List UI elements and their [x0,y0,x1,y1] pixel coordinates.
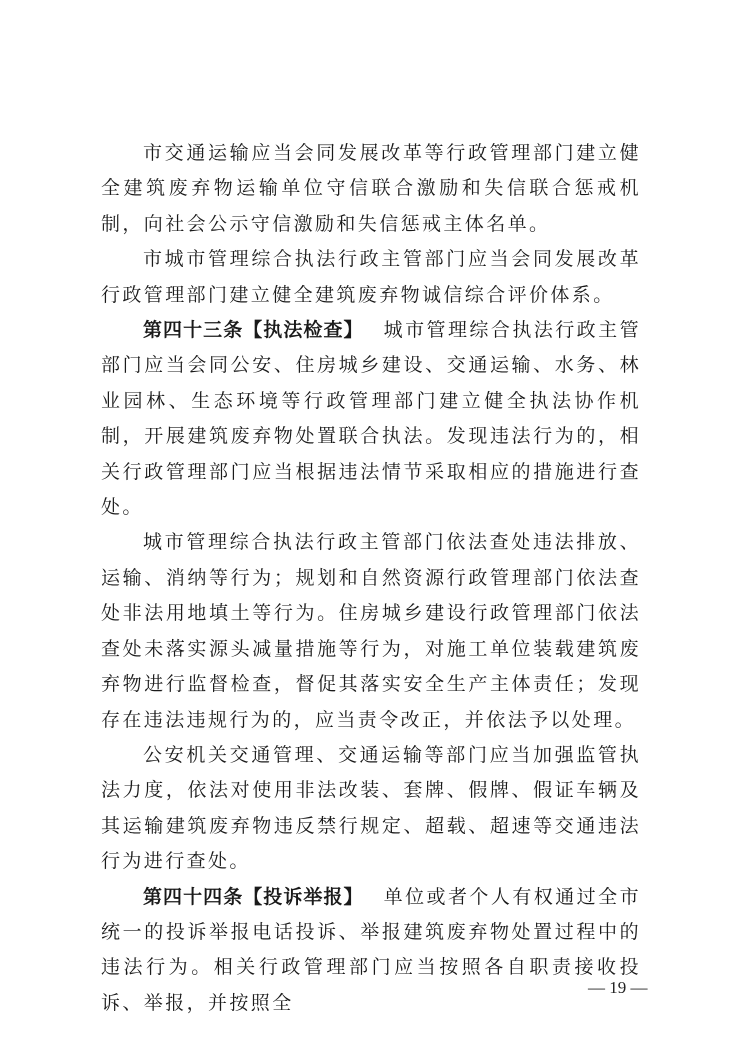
article-heading: 第四十三条【执法检查】 [143,319,364,341]
article-43: 第四十三条【执法检查】城市管理综合执法行政主管部门应当会同公安、住房城乡建设、交… [101,313,641,525]
paragraph-text: 市城市管理综合执法行政主管部门应当会同发展改革行政管理部门建立健全建筑废弃物诚信… [101,248,641,305]
paragraph-1: 市交通运输应当会同发展改革等行政管理部门建立健全建筑废弃物运输单位守信联合激励和… [101,136,641,242]
paragraph-5: 公安机关交通管理、交通运输等部门应当加强监管执法力度，依法对使用非法改装、套牌、… [101,738,641,880]
paragraph-text: 公安机关交通管理、交通运输等部门应当加强监管执法力度，依法对使用非法改装、套牌、… [101,744,641,872]
paragraph-text: 市交通运输应当会同发展改革等行政管理部门建立健全建筑废弃物运输单位守信联合激励和… [101,142,641,235]
article-heading: 第四十四条【投诉举报】 [143,886,364,908]
paragraph-4: 城市管理综合执法行政主管部门依法查处违法排放、运输、消纳等行为；规划和自然资源行… [101,525,641,737]
article-44: 第四十四条【投诉举报】单位或者个人有权通过全市统一的投诉举报电话投诉、举报建筑废… [101,880,641,1022]
document-body: 市交通运输应当会同发展改革等行政管理部门建立健全建筑废弃物运输单位守信联合激励和… [101,136,641,1021]
paragraph-text: 城市管理综合执法行政主管部门依法查处违法排放、运输、消纳等行为；规划和自然资源行… [101,531,641,730]
page-number: — 19 — [588,978,648,998]
paragraph-text: 城市管理综合执法行政主管部门应当会同公安、住房城乡建设、交通运输、水务、林业园林… [101,319,641,518]
paragraph-2: 市城市管理综合执法行政主管部门应当会同发展改革行政管理部门建立健全建筑废弃物诚信… [101,242,641,313]
